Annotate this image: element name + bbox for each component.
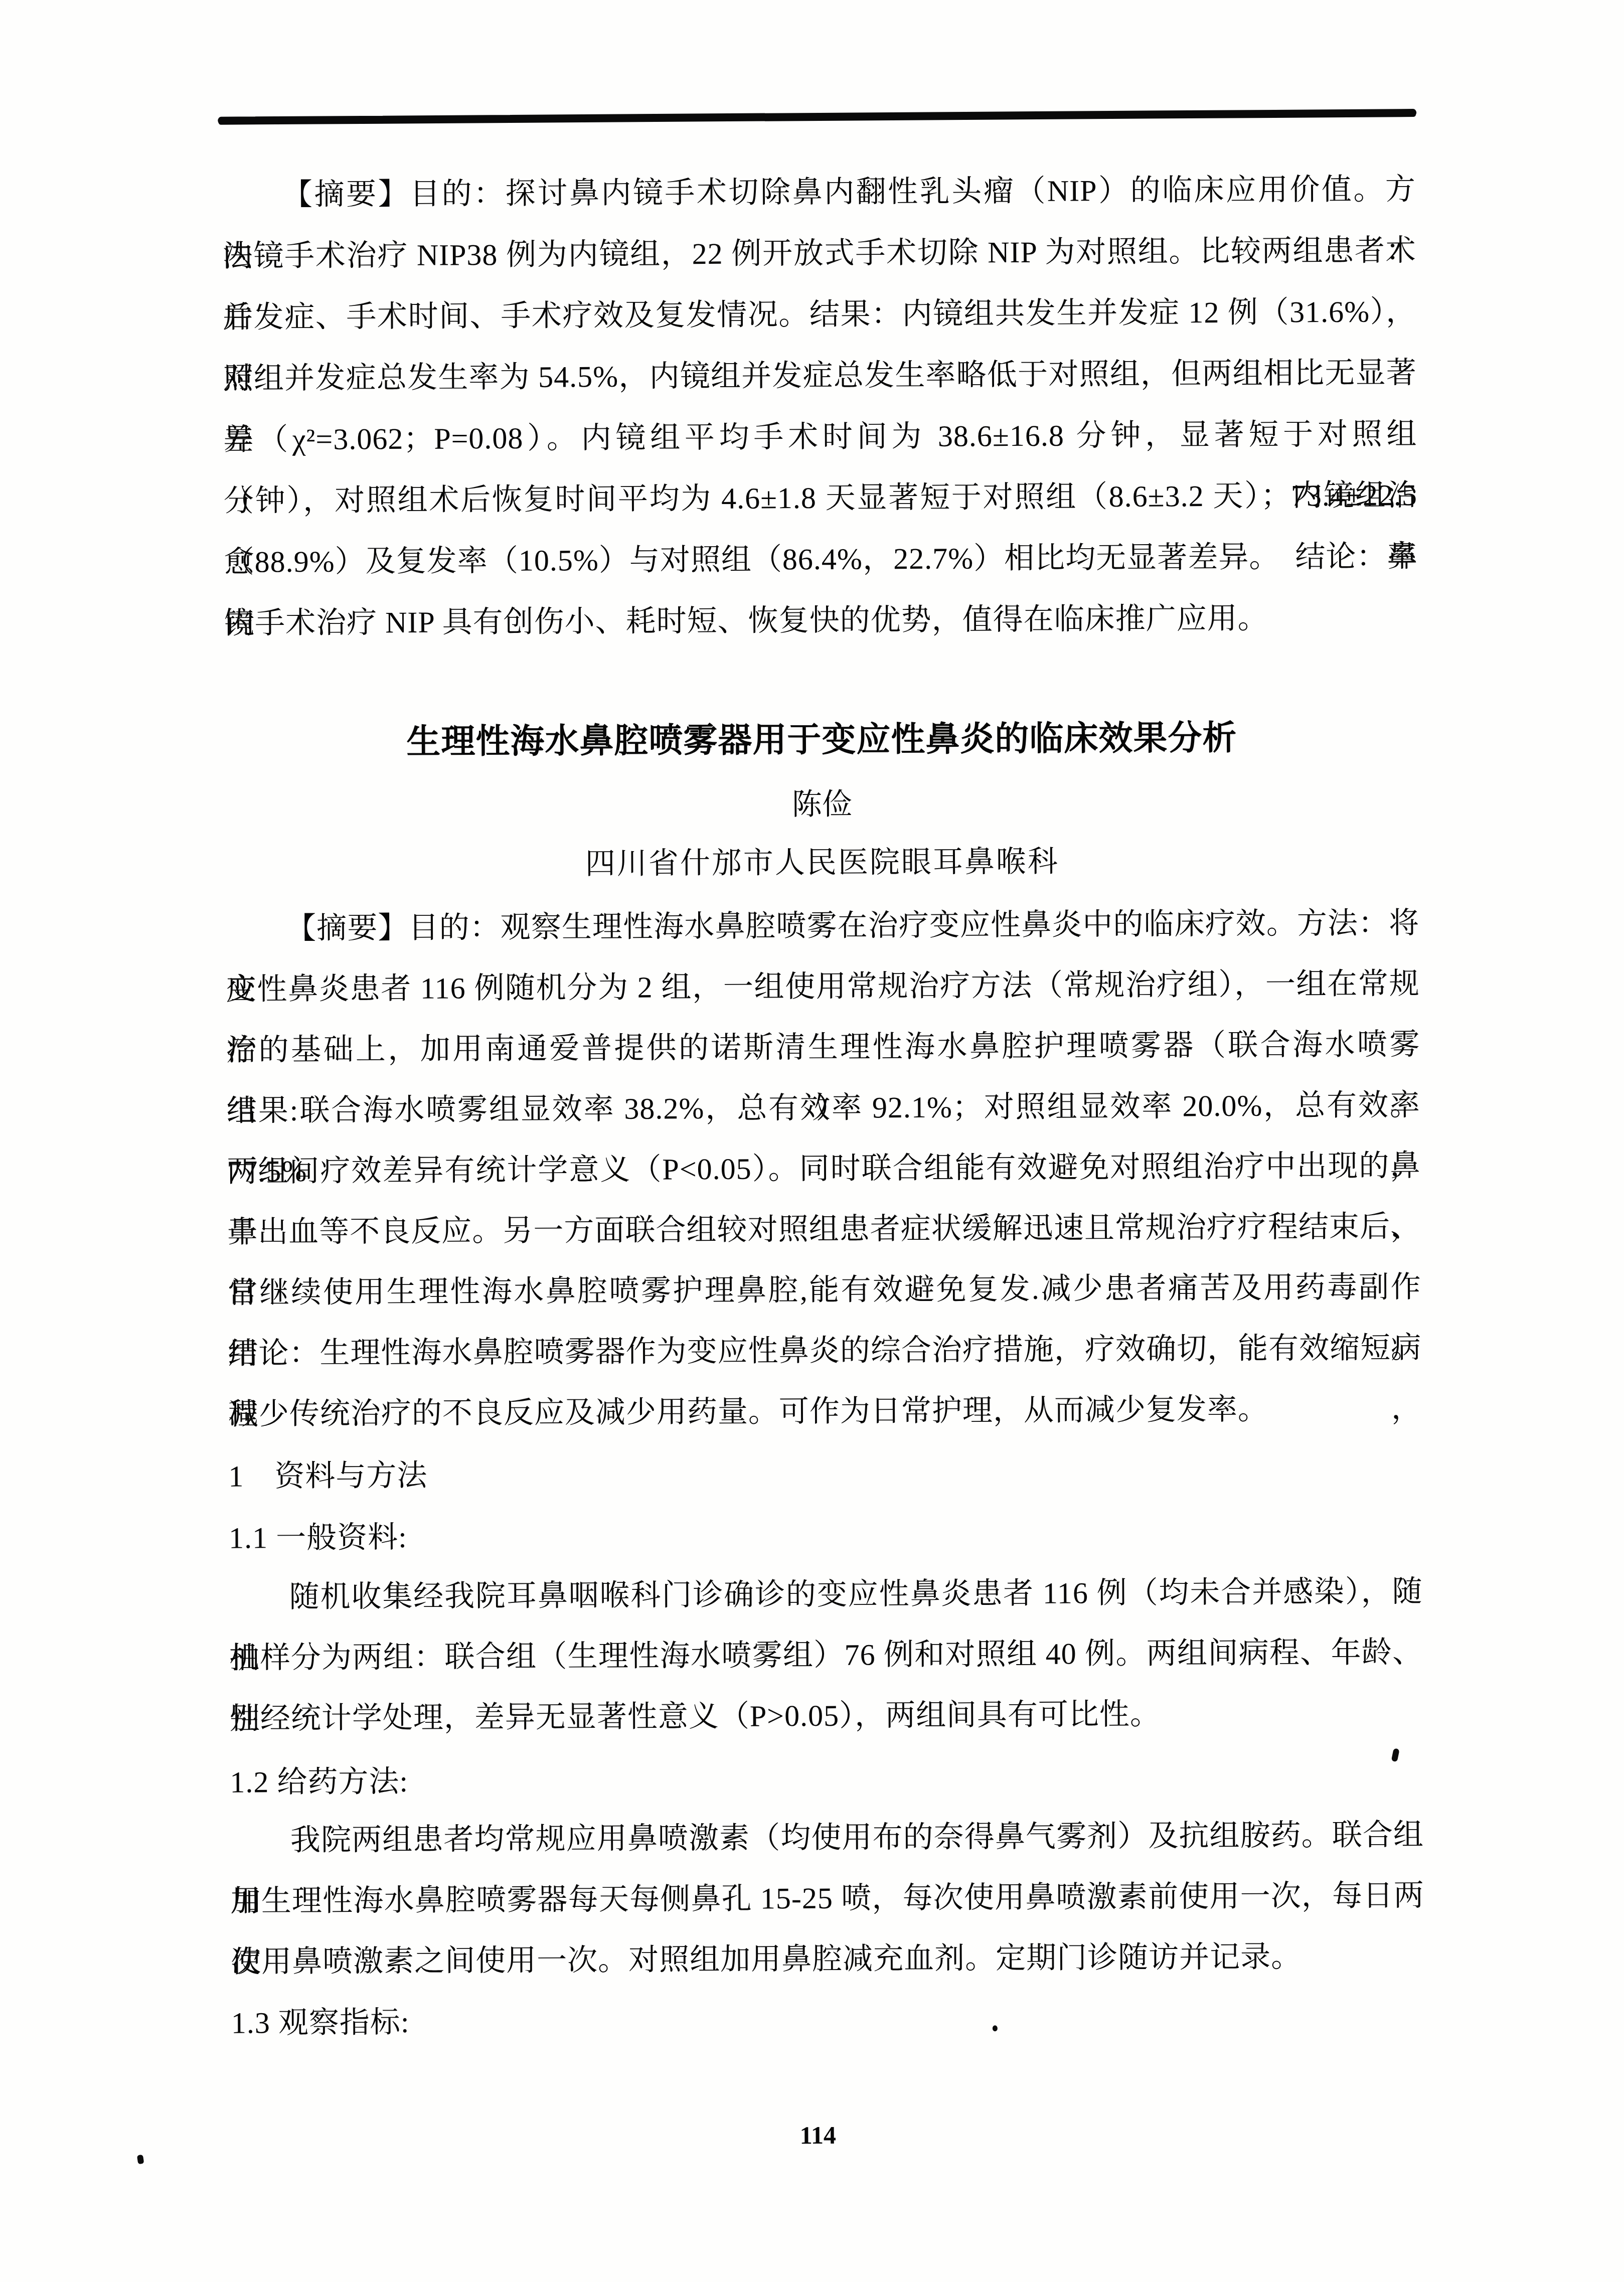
article-author: 陈俭	[225, 771, 1419, 838]
scan-speck	[993, 2025, 998, 2031]
abstract-line: 结果:联合海水喷雾组显效率 38.2%，总有效率 92.1%；对照组显效率 20…	[227, 1075, 1421, 1142]
abstract-line: 分钟），对照组术后恢复时间平均为 4.6±1.8 天显著短于对照组（8.6±3.…	[224, 464, 1418, 532]
previous-article-abstract: 【摘要】目的：探讨鼻内镜手术切除鼻内翻性乳头瘤（NIP）的临床应用价值。方法： …	[222, 158, 1418, 654]
section-heading-general-data: 1.1 一般资料:	[229, 1502, 1423, 1569]
paragraph-line: 随机收集经我院耳鼻咽喉科门诊确诊的变应性鼻炎患者 116 例（均未合并感染），随…	[229, 1561, 1423, 1628]
dosing-method-paragraph: 我院两组患者均常规应用鼻喷激素（均使用布的奈得鼻气雾剂）及抗组胺药。联合组加 用…	[230, 1805, 1425, 1993]
article-abstract: 【摘要】目的：观察生理性海水鼻腔喷雾在治疗变应性鼻炎中的临床疗效。方法：将变 应…	[226, 893, 1422, 1445]
abstract-line: 两组间疗效差异有统计学意义（P<0.05）。同时联合组能有效避免对照组治疗中出现…	[227, 1135, 1421, 1202]
paragraph-line: 抽样分为两组：联合组（生理性海水喷雾组）76 例和对照组 40 例。两组间病程、…	[229, 1622, 1423, 1689]
abstract-line: 内镜手术治疗 NIP38 例为内镜组，22 例开放式手术切除 NIP 为对照组。…	[222, 220, 1416, 287]
abstract-line: 应性鼻炎患者 116 例随机分为 2 组，一组使用常规治疗方法（常规治疗组），一…	[226, 953, 1420, 1020]
paragraph-line: 别经统计学处理，差异无显著性意义（P>0.05），两组间具有可比性。	[230, 1683, 1424, 1749]
abstract-line: 并发症、手术时间、手术疗效及复发情况。结果：内镜组共发生并发症 12 例（31.…	[223, 281, 1417, 348]
paragraph-line: 使用鼻喷激素之间使用一次。对照组加用鼻腔减充血剂。定期门诊随访并记录。	[231, 1926, 1425, 1993]
abstract-line: 【摘要】目的：观察生理性海水鼻腔喷雾在治疗变应性鼻炎中的临床疗效。方法：将变	[226, 893, 1420, 959]
section-heading-dosing-method: 1.2 给药方法:	[230, 1746, 1424, 1813]
section-heading-methods: 1 资料与方法	[228, 1440, 1422, 1507]
abstract-line: 常继续使用生理性海水鼻腔喷雾护理鼻腔,能有效避免复发.减少患者痛苦及用药毒副作用…	[227, 1257, 1421, 1324]
article-affiliation: 四川省什邡市人民医院眼耳鼻喉科	[225, 829, 1419, 896]
scan-content: 【摘要】目的：探讨鼻内镜手术切除鼻内翻性乳头瘤（NIP）的临床应用价值。方法： …	[0, 0, 1624, 2282]
abstract-line: 鼻出血等不良反应。另一方面联合组较对照组患者症状缓解迅速且常规治疗疗程结束后，日	[227, 1196, 1421, 1263]
abstract-line: 异（χ²=3.062；P=0.08）。内镜组平均手术时间为 38.6±16.8 …	[223, 403, 1417, 470]
general-data-paragraph: 随机收集经我院耳鼻咽喉科门诊确诊的变应性鼻炎患者 116 例（均未合并感染），随…	[229, 1561, 1423, 1749]
scan-speck	[137, 2155, 144, 2165]
abstract-line: 【摘要】目的：探讨鼻内镜手术切除鼻内翻性乳头瘤（NIP）的临床应用价值。方法：	[222, 158, 1416, 226]
header-rule	[218, 109, 1416, 124]
abstract-line: 结论：生理性海水鼻腔喷雾器作为变应性鼻炎的综合治疗措施，疗效确切，能有效缩短病程…	[228, 1318, 1422, 1384]
abstract-line: 镜手术治疗 NIP 具有创伤小、耗时短、恢复快的优势，值得在临床推广应用。	[224, 587, 1418, 654]
paragraph-line: 我院两组患者均常规应用鼻喷激素（均使用布的奈得鼻气雾剂）及抗组胺药。联合组加	[230, 1805, 1424, 1871]
article-title: 生理性海水鼻腔喷雾器用于变应性鼻炎的临床效果分析	[225, 706, 1419, 773]
abstract-line: 疗的基础上，加用南通爱普提供的诺斯清生理性海水鼻腔护理喷雾器（联合海水喷雾组）。	[226, 1014, 1420, 1081]
page-number: 114	[6, 2113, 1624, 2157]
abstract-line: （88.9%）及复发率（10.5%）与对照组（86.4%，22.7%）相比均无显…	[224, 526, 1418, 593]
section-heading-observation-metrics: 1.3 观察指标:	[231, 1987, 1425, 2054]
abstract-line: 减少传统治疗的不良反应及减少用药量。可作为日常护理，从而减少复发率。	[228, 1378, 1422, 1445]
scanned-paper-page: 【摘要】目的：探讨鼻内镜手术切除鼻内翻性乳头瘤（NIP）的临床应用价值。方法： …	[0, 0, 1624, 2282]
paragraph-line: 用生理性海水鼻腔喷雾器每天每侧鼻孔 15-25 喷，每次使用鼻喷激素前使用一次，…	[230, 1865, 1424, 1932]
abstract-line: 照组并发症总发生率为 54.5%，内镜组并发症总发生率略低于对照组，但两组相比无…	[223, 342, 1417, 409]
